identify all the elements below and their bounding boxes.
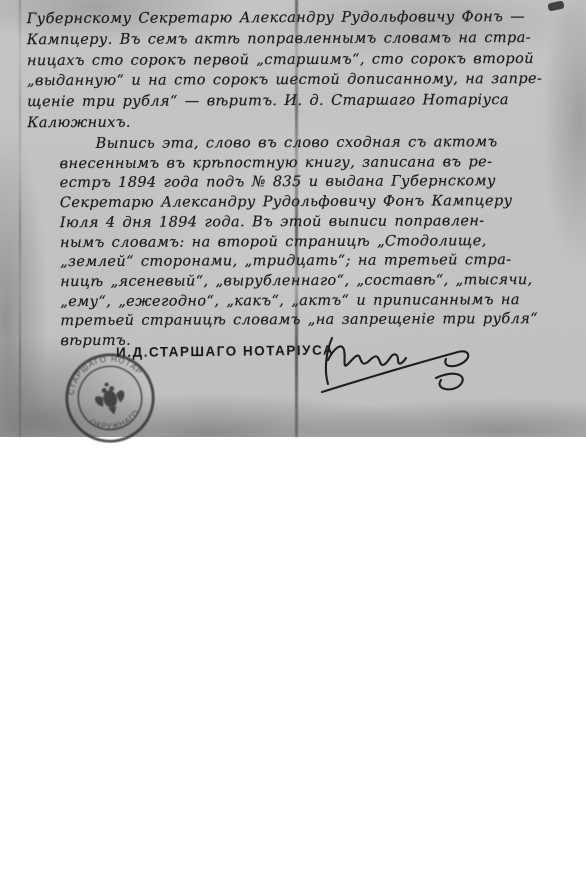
handwritten-paragraph-extract: Выпись эта, слово въ слово сходная съ ак… [60,133,561,352]
handwritten-line: внесеннымъ въ крѣпостную книгу, записана… [60,153,560,175]
left-fold-line [19,0,21,437]
handwritten-line: Губернскому Секретарю Александру Рудольф… [27,7,562,30]
handwritten-line: Секретарю Александру Рудольфовичу Фонъ К… [60,192,560,214]
handwritten-line: ницахъ сто сорокъ первой „старшимъ“, сто… [27,48,562,71]
double-eagle-emblem-icon [92,379,129,418]
handwritten-line: Выпись эта, слово въ слово сходная съ ак… [60,133,560,155]
handwritten-line: естръ 1894 года подъ № 835 и выдана Губе… [60,172,560,194]
handwritten-line: нымъ словамъ: на второй страницѣ „Стодол… [60,231,560,253]
handwritten-line: третьей страницѣ словамъ „на запрещеніе … [60,310,560,332]
handwritten-line: „ему“, „ежегодно“, „какъ“, „актъ“ и прип… [60,291,560,313]
handwritten-line: „выданную“ и на сто сорокъ шестой дописа… [27,69,562,92]
handwritten-line: Іюля 4 дня 1894 года. Въ этой выписи поп… [60,212,560,234]
handwritten-line: щеніе три рубля“ — вѣритъ. И. д. Старшаг… [27,90,562,113]
handwritten-line: Кампцеру. Въ семъ актѣ поправленнымъ сло… [27,28,562,51]
handwritten-line: Калюжнихъ. [27,111,562,134]
notary-signature [318,326,478,401]
scanned-document: Губернскому Секретарю Александру Рудольф… [0,0,586,437]
handwritten-paragraph-address: Губернскому Секретарю Александру Рудольф… [27,7,563,134]
handwritten-line: ницѣ „ясеневый“, „вырубленнаго“, „состав… [60,271,560,293]
handwritten-line: „землей“ сторонами, „тридцать“; на треть… [60,251,560,273]
